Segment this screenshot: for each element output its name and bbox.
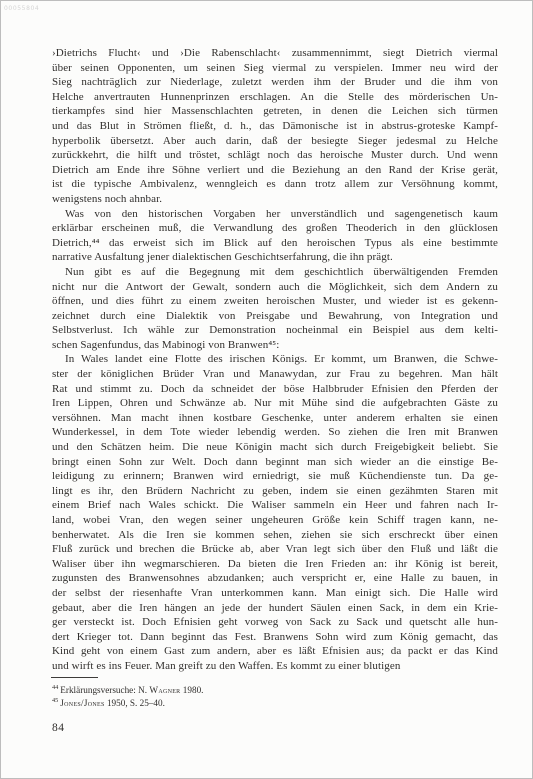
text-line: ›Dietrichs Flucht‹ und ›Die Rabenschlach… [52,46,498,61]
text-line: tierkampfes sind hier Massenschlachten g… [52,104,498,119]
text-line: land, wobei Vran, den wegen seiner ungeh… [52,513,498,528]
text-line: dert Krieger tot. Dann beginnt das Fest.… [52,630,498,645]
text-line: und das Blut in Strömen fließt, d. h., d… [52,119,498,134]
text-line: ger versteckt ist. Doch Efnisien geht vo… [52,615,498,630]
text-line: Nun gibt es auf die Begegnung mit dem ge… [52,265,498,280]
book-page: 00055804 ›Dietrichs Flucht‹ und ›Die Rab… [0,0,533,779]
paragraph-begegnung: Nun gibt es auf die Begegnung mit dem ge… [52,265,498,353]
text-line: wenigstens noch ahnbar. [52,192,498,207]
footnote-44: 44Erklärungsversuche: N. Wagner 1980. [52,684,498,697]
text-line: ster der königlichen Brüder Vran und Man… [52,367,498,382]
text-line: leidigung zu erinnern; Branwen wird erni… [52,469,498,484]
text-line: und den Schätzen heim. Die neue Königin … [52,440,498,455]
text-line: Wunderkessel, in dem Tote wieder lebendi… [52,425,498,440]
footnote-marker: 44 [52,684,58,691]
body-text: ›Dietrichs Flucht‹ und ›Die Rabenschlach… [52,46,498,674]
text-line: versöhnen. Man macht ihnen kostbare Gesc… [52,411,498,426]
paragraph-branwen-sage: In Wales landet eine Flotte des irischen… [52,352,498,673]
text-line: gebaut, aber die Iren hängen an jede der… [52,601,498,616]
scan-code: 00055804 [4,5,39,12]
footnote-marker: 45 [52,697,58,704]
text-line: über seinen Opponenten, um seinen Sieg v… [52,61,498,76]
text-line: Kind geht von einem Gast zum andern, abe… [52,644,498,659]
text-line: Selbstverlust. Ich wähle zur Demonstrati… [52,323,498,338]
footnote-separator [51,677,98,678]
footnote-text: 1950, S. 25–40. [105,698,165,708]
text-line: lingt es ihr, den Brüdern Nachricht zu g… [52,484,498,499]
footnote-45: 45Jones/Jones 1950, S. 25–40. [52,697,498,710]
text-line: zeichnet durch eine Dialektik von Preisg… [52,309,498,324]
text-line: Waliser über ihn wegmarschieren. Da biet… [52,557,498,572]
text-line: benherwatet. Als die Iren sie kommen seh… [52,528,498,543]
text-line: narrative Ausfaltung jener dialektischen… [52,250,498,265]
page-number: 84 [52,722,65,734]
text-line: nicht nur die Antwort der Gewalt, sonder… [52,280,498,295]
text-line: Dietrich am Ende ihre Söhne verliert und… [52,163,498,178]
text-line: Fluß zurück und brechen die Brücke ab, a… [52,542,498,557]
text-line: Was von den historischen Vorgaben her un… [52,207,498,222]
text-line: schen Sagenfundus, das Mabinogi von Bran… [52,338,498,353]
footnotes: 44Erklärungsversuche: N. Wagner 1980. 45… [52,684,498,710]
text-line: erklärbar erscheinen muß, die Verwandlun… [52,221,498,236]
text-line: einem Brief nach Wales schickt. Die Wali… [52,498,498,513]
footnote-author: Jones/Jones [60,698,104,708]
text-line: Helche anvertrauten Hunnenprinzen erschl… [52,90,498,105]
paragraph-dietrich-epik: ›Dietrichs Flucht‹ und ›Die Rabenschlach… [52,46,498,207]
text-line: Sieg nachträglich zur Niederlage, zuletz… [52,75,498,90]
text-line: zugunsten des Branwensohnes abzudanken; … [52,571,498,586]
text-line: Dietrich,⁴⁴ das erweist sich im Blick au… [52,236,498,251]
text-line: In Wales landet eine Flotte des irischen… [52,352,498,367]
paragraph-theoderich: Was von den historischen Vorgaben her un… [52,207,498,265]
text-line: ist die typische Ambivalenz, wenngleich … [52,177,498,192]
text-line: bringt einen Sohn zur Welt. Doch dann be… [52,455,498,470]
text-line: und wirft es ins Feuer. Man greift zu de… [52,659,498,674]
text-line: Iren Lippen, Ohren und Schwänze ab. Nur … [52,396,498,411]
footnote-text: 1980. [180,685,203,695]
text-line: der selbst der riesenhafte Vran unterkom… [52,586,498,601]
footnote-author: Wagner [149,685,180,695]
footnote-text: Erklärungsversuche: N. [60,685,149,695]
text-line: Rat und stimmt zu. Doch da schneidet der… [52,382,498,397]
text-line: hyperbolik übersetzt. Aber auch darin, d… [52,134,498,149]
text-line: zurückkehrt, die hilft und tröstet, schl… [52,148,498,163]
text-line: öffnen, und dies führt zu einem zweiten … [52,294,498,309]
